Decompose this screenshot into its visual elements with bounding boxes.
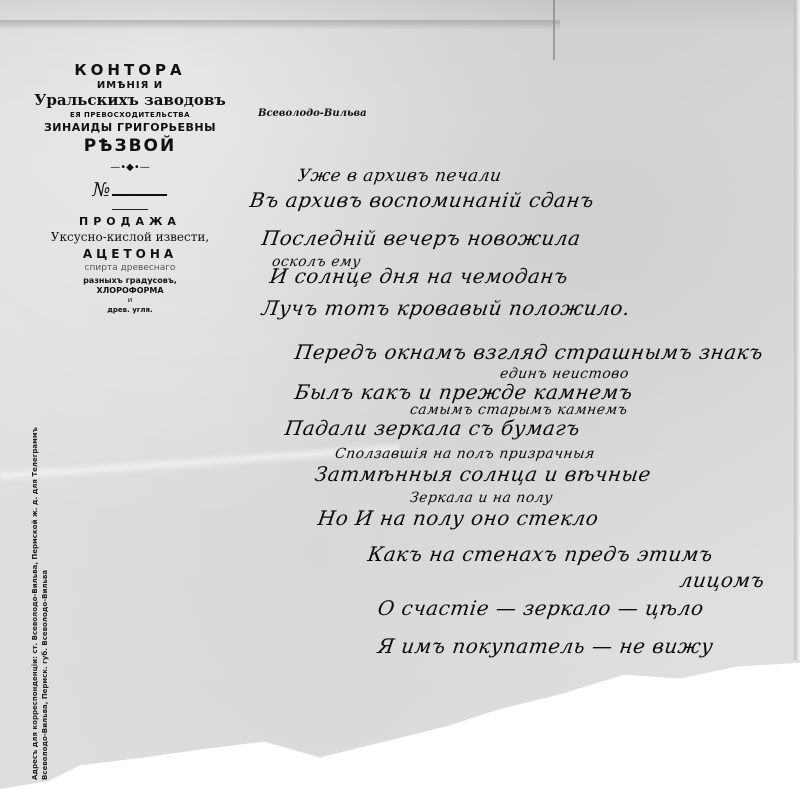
manuscript-line: Былъ какъ и прежде камнемъ (293, 380, 634, 404)
manuscript-line: И солнце дня на чемоданъ (268, 264, 569, 288)
manuscript-line: Падали зеркала съ бумагъ (283, 416, 581, 440)
manuscript-line: О счастіе — зеркало — цѣло (376, 596, 705, 620)
manuscript-line: лицомъ (678, 568, 766, 592)
manuscript-line: Но И на полу оно стекло (316, 506, 600, 530)
manuscript-line: Зеркала и на полу (409, 490, 554, 506)
handwritten-poem: Уже в архивъ печали Въ архивъ воспоминан… (0, 0, 800, 789)
manuscript-line: Передъ окнамъ взгляд страшнымъ знакъ (293, 340, 765, 364)
manuscript-line: Лучъ тотъ кровавый положило. (260, 296, 631, 320)
manuscript-line: Какъ на стенахъ предъ этимъ (366, 542, 714, 566)
manuscript-line: Въ архивъ воспоминаній сданъ (248, 188, 595, 212)
manuscript-line: Я имъ покупатель — не вижу (376, 634, 715, 658)
manuscript-line: Последній вечеръ новожила (260, 226, 582, 250)
manuscript-line: Уже в архивъ печали (297, 166, 503, 186)
manuscript-line: Сползавшія на полъ призрачныя (334, 446, 596, 462)
manuscript-line: Затмѣнныя солнца и вѣчные (313, 462, 652, 486)
